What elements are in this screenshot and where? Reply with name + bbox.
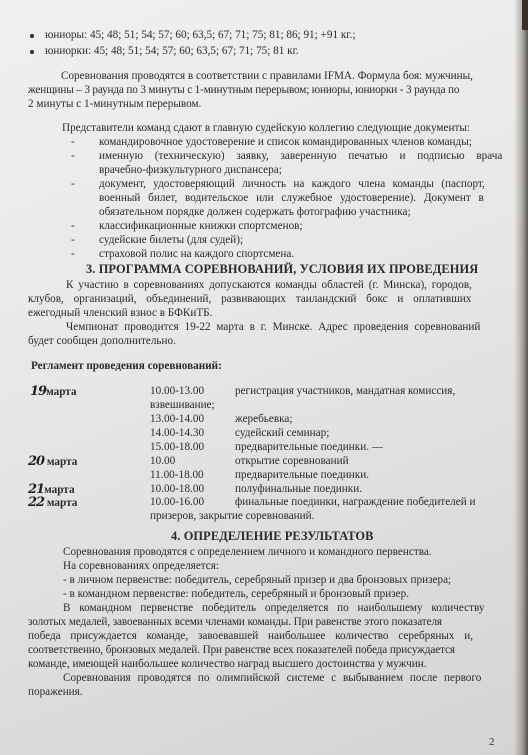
section-4-heading: 4. ОПРЕДЕЛЕНИЕ РЕЗУЛЬТАТОВ [171,530,374,544]
rules-line-1: Соревнования проводятся в соответствии с… [61,70,473,84]
schedule-desc: предварительные поединки. [235,469,369,483]
schedule-time: 10.00 [150,455,175,469]
dash-icon: - [71,178,75,192]
schedule-desc: открытие соревнований [235,455,349,469]
schedule-desc: финальные поединки, награждение победите… [235,496,475,510]
dash-icon: - [71,136,75,150]
dash-icon: - [71,234,75,248]
documents-intro: Представители команд сдают в главную суд… [62,122,470,136]
dash-icon: - [71,220,75,234]
schedule-desc-cont: взвешивание; [150,399,215,413]
section-4-team-line5: команде, имеющей наибольшее количество н… [28,658,427,672]
section-4-line: Соревнования проводятся с определением л… [63,546,432,560]
schedule-time: 10.00-13.00 [150,385,204,399]
document-item-text: именную (техническую) заявку, заверенную… [99,150,502,164]
schedule-date: 22 марта [28,496,77,511]
section-4-line: - в командном первенстве: победитель, се… [63,588,409,602]
schedule-time: 14.00-14.30 [150,427,204,441]
section-3-p1-line3: ежегодный членский взнос в БФКиТБ. [28,307,212,321]
document-item-text: судейские билеты (для судей); [99,234,243,248]
schedule-desc: регистрация участников, мандатная комисс… [235,385,455,399]
section-4-system-line1: Соревнования проводятся по олимпийской с… [63,672,481,686]
schedule-time: 11.00-18.00 [150,469,204,483]
schedule-desc: предварительные поединки. — [235,441,383,455]
section-4-team-line4: соответственно, бронзовых медалей. При р… [28,644,455,658]
schedule-month: марта [46,386,76,398]
schedule-time: 13.00-14.00 [150,413,204,427]
weight-category-text: юниоры: 45; 48; 51; 54; 57; 60; 63,5; 67… [45,29,356,43]
schedule-desc-cont: призеров, закрытие соревнований. [150,510,314,524]
document-item-text: обязательном порядке должен содержать фо… [99,206,411,220]
section-3-p2-line2: будет сообщен дополнительно. [28,335,176,349]
section-3-p1-line2: клубов, организаций, объединений, развив… [28,293,471,307]
schedule-month: марта [47,497,77,509]
schedule-date: 19марта [30,385,77,400]
dash-icon: - [71,150,75,164]
handwritten-day: 19 [30,384,46,399]
rules-line-2: женщины – 3 раунда по 3 минуты с 1-минут… [28,84,459,98]
schedule-date: 20 марта [28,455,77,470]
schedule-desc: судейский семинар; [235,427,329,441]
handwritten-day: 22 [28,495,44,510]
page-number: 2 [489,736,495,750]
schedule-month: марта [44,484,74,496]
section-3-p2-line1: Чемпионат проводится 19-22 марта в г. Ми… [66,321,480,335]
schedule-time: 10.00-16.00 [150,496,204,510]
schedule-month: марта [47,456,77,468]
section-4-team-line1: В командном первенстве победитель опреде… [63,602,484,616]
section-4-team-line3: победа присуждается команде, завоевавшей… [28,630,473,644]
rules-line-3: 2 минуты с 1-минутным перерывом. [28,98,201,112]
weight-category-text: юниорки: 45; 48; 51; 54; 57; 60; 63,5; 6… [45,45,299,59]
document-item-text: врачебно-физкультурного диспансера; [99,164,282,178]
schedule-desc: жеребьевка; [235,413,293,427]
schedule-time: 15.00-18.00 [150,441,204,455]
section-3-heading: 3. ПРОГРАММА СОРЕВНОВАНИЙ, УСЛОВИЯ ИХ ПР… [86,263,478,277]
schedule-title: Регламент проведения соревнований: [31,360,222,374]
handwritten-day: 20 [28,454,44,469]
section-4-line: - в личном первенстве: победитель, сереб… [63,574,451,588]
schedule-time: 10.00-18.00 [150,483,204,497]
bullet-icon [30,50,34,54]
bullet-icon [30,34,34,38]
document-item-text: военный билет, водительское или служебно… [99,192,484,206]
dash-icon: - [71,248,75,262]
section-4-team-line2: золотых медалей, завоеванных всеми члена… [28,616,442,630]
document-page: юниоры: 45; 48; 51; 54; 57; 60; 63,5; 67… [0,0,528,755]
schedule-desc: полуфинальные поединки. [235,483,362,497]
section-4-system-line2: поражения. [28,686,83,700]
document-item-text: командировочное удостоверение и список к… [99,136,472,150]
section-3-p1-line1: К участию в соревнованиях допускаются ко… [66,279,472,293]
document-item-text: классификационные книжки спортсменов; [99,220,303,234]
section-4-line: На соревнованиях определяется: [63,560,219,574]
document-item-text: страховой полис на каждого спортсмена. [99,248,294,262]
document-item-text: документ, удостоверяющий личность на каж… [99,178,485,192]
